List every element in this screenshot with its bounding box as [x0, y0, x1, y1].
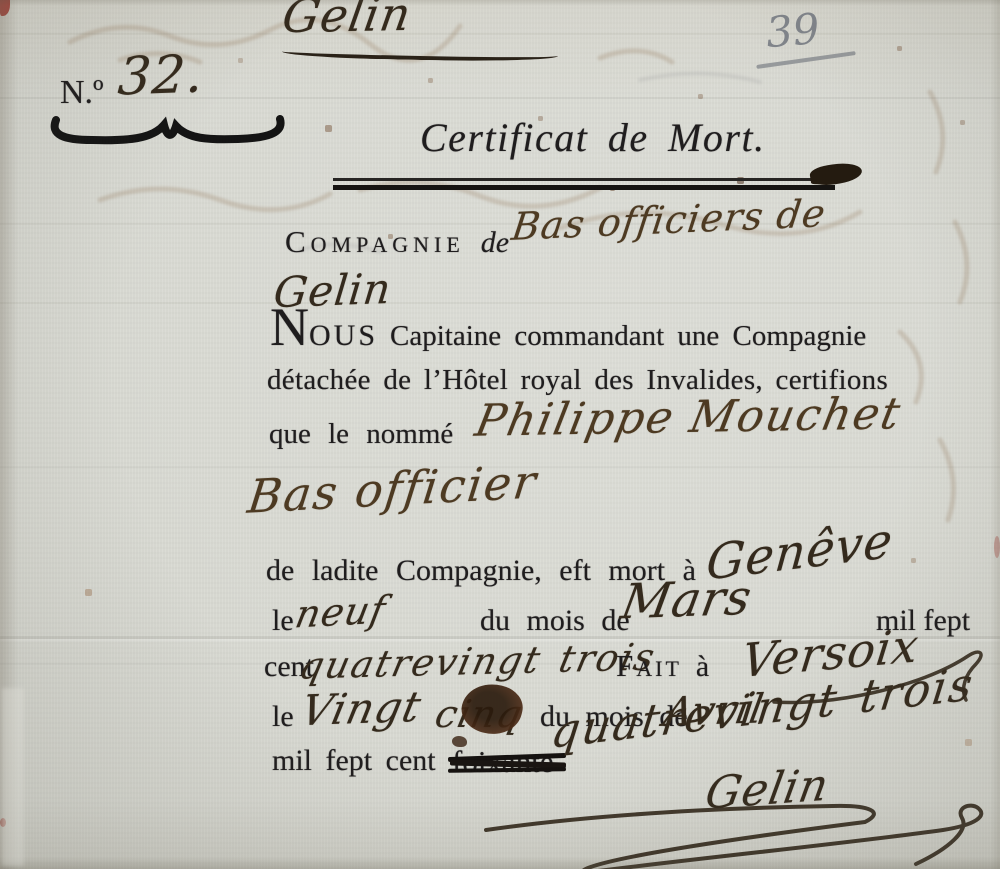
certificate-number-value: 32.: [116, 44, 206, 107]
fait-printed: Fait: [616, 648, 682, 683]
issue-mil-fept-cent: mil fept cent: [272, 744, 436, 778]
death-month-written: Mars: [617, 570, 756, 631]
brace-flourish: [48, 112, 288, 154]
issue-le: le: [272, 700, 294, 734]
issue-day-word1: Vingt: [297, 682, 426, 736]
company-printed-de: de: [481, 226, 509, 259]
deceased-name-written: Philippe Mouchet: [471, 388, 906, 447]
fait-a-line: Fait à: [616, 648, 709, 684]
death-le: le: [272, 604, 294, 638]
document-title: Certificat de Mort.: [420, 114, 766, 161]
cert-line-3: que le nommé: [269, 418, 453, 451]
red-edge-mark: [994, 536, 1000, 558]
signature-flourish: [438, 780, 998, 865]
red-edge-mark: [0, 818, 6, 827]
death-day-written: neuf: [292, 587, 390, 636]
pencil-folio-number: 39: [764, 4, 822, 57]
initial-rest: OUS: [309, 319, 378, 352]
fait-a: à: [696, 650, 709, 683]
death-du-mois: du mois de: [480, 604, 630, 638]
death-certificate-document: Gelin 39 N.º 32. Certificat de Mort. Com…: [0, 0, 1000, 869]
company-printed-label: Compagnie: [285, 224, 465, 259]
struck-word-wrap: foixante: [452, 744, 554, 780]
company-line: Compagnie de: [285, 224, 509, 260]
cert-line-1: NOUSCapitaine commandant une Compagnie: [270, 300, 866, 354]
cert-line-1-text: Capitaine commandant une Compagnie: [390, 320, 866, 352]
title-rule: [333, 178, 835, 190]
drop-cap-initial: N: [270, 297, 309, 357]
certificate-number-label: N.º: [60, 74, 104, 112]
top-name-annotation: Gelin: [279, 0, 416, 43]
